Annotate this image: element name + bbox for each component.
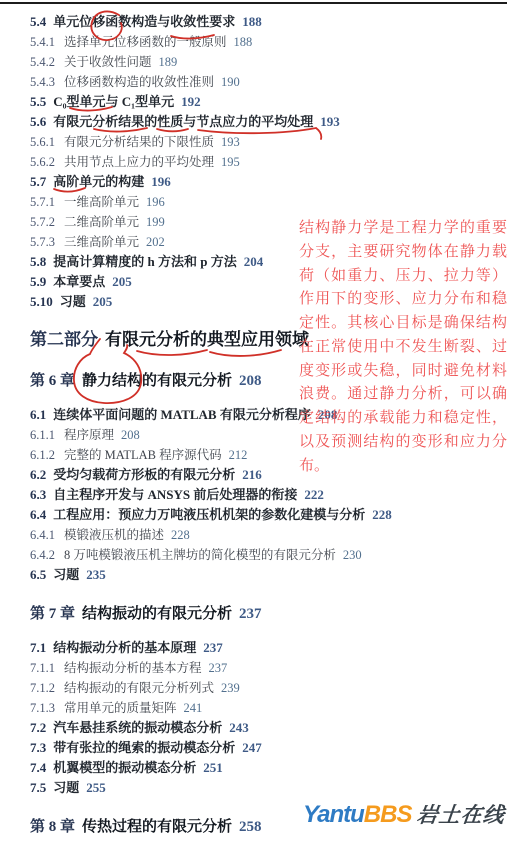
- toc-item-page: 188: [242, 14, 262, 29]
- toc-item-page: 251: [203, 760, 223, 775]
- toc-item-number: 5.4.1: [30, 35, 55, 49]
- toc-item-page: 243: [229, 720, 249, 735]
- toc-item-title: 完整的 MATLAB 程序源代码: [64, 448, 222, 462]
- toc-item-number: 5.7.2: [30, 215, 55, 229]
- toc-item-number: 5.6.2: [30, 155, 55, 169]
- toc-item: 6.3自主程序开发与 ANSYS 前后处理器的衔接222: [30, 485, 390, 505]
- toc-item: 5.7高阶单元的构建196: [30, 172, 390, 192]
- toc-item-number: 7.5: [30, 780, 46, 795]
- toc-item-page: 189: [159, 55, 178, 69]
- toc-item-page: 237: [209, 661, 228, 675]
- toc-item-number: 第 7 章: [30, 606, 75, 622]
- toc-item-title: 习题: [60, 294, 86, 309]
- toc-item-number: 7.3: [30, 740, 46, 755]
- toc-item: 5.4单元位移函数构造与收敛性要求188: [30, 12, 390, 32]
- toc-item-title: 高阶单元的构建: [53, 174, 144, 189]
- toc-item-title: 机翼模型的振动模态分析: [53, 760, 196, 775]
- toc-item-number: 7.1.1: [30, 661, 55, 675]
- toc-item-page: 239: [221, 681, 240, 695]
- toc-item: 5.4.2关于收敛性问题189: [30, 52, 390, 72]
- toc-item-page: 193: [320, 114, 340, 129]
- toc-item-page: 228: [171, 528, 190, 542]
- page-top-rule: [0, 2, 507, 4]
- toc-item-page: 212: [229, 448, 248, 462]
- toc-item-page: 247: [242, 740, 262, 755]
- toc-item-number: 第二部分: [30, 330, 98, 349]
- toc-item: 6.4工程应用：预应力万吨液压机机架的参数化建模与分析228: [30, 505, 390, 525]
- toc-item: 6.4.1模锻液压机的描述228: [30, 525, 390, 545]
- toc-item-page: 193: [221, 135, 240, 149]
- toc-item-title: C₀型单元与 C₁型单元: [53, 94, 174, 109]
- toc-item-number: 6.1.1: [30, 428, 55, 442]
- toc-item-page: 190: [221, 75, 240, 89]
- toc-item-title: 提高计算精度的 h 方法和 p 方法: [53, 254, 236, 269]
- toc-item-number: 5.9: [30, 274, 46, 289]
- toc-item-page: 208: [239, 373, 262, 389]
- toc-item-title: 三维高阶单元: [64, 235, 139, 249]
- toc-item: 7.2汽车悬挂系统的振动模态分析243: [30, 718, 390, 738]
- toc-item-number: 第 8 章: [30, 819, 75, 835]
- toc-item-number: 6.4.1: [30, 528, 55, 542]
- toc-item-page: 255: [86, 780, 106, 795]
- toc-item-title: 静力结构的有限元分析: [82, 373, 232, 389]
- toc-item-number: 5.6.1: [30, 135, 55, 149]
- toc-item-page: 205: [112, 274, 132, 289]
- toc-item: 6.5习题235: [30, 565, 390, 585]
- toc-item-title: 有限元分析的典型应用领域: [105, 330, 309, 349]
- toc-item-page: 196: [151, 174, 171, 189]
- toc-item-title: 有限元分析结果的性质与节点应力的平均处理: [53, 114, 313, 129]
- toc-item-number: 5.4.3: [30, 75, 55, 89]
- toc-item-number: 第 6 章: [30, 373, 75, 389]
- toc-item: 5.5C₀型单元与 C₁型单元192: [30, 92, 390, 112]
- toc-item-page: 237: [203, 640, 223, 655]
- toc-item-page: 235: [86, 567, 106, 582]
- toc-item-title: 带有张拉的绳索的振动模态分析: [53, 740, 235, 755]
- toc-item-number: 6.4.2: [30, 548, 55, 562]
- toc-item: 7.3带有张拉的绳索的振动模态分析247: [30, 738, 390, 758]
- toc-item-title: 习题: [53, 780, 79, 795]
- toc-item-title: 单元位移函数构造与收敛性要求: [53, 14, 235, 29]
- toc-item-number: 5.10: [30, 294, 53, 309]
- toc-item: 5.4.3位移函数构造的收敛性准则190: [30, 72, 390, 92]
- toc-item: 5.6有限元分析结果的性质与节点应力的平均处理193: [30, 112, 390, 132]
- toc-item-page: 208: [121, 428, 140, 442]
- toc-item-number: 5.8: [30, 254, 46, 269]
- toc-item-number: 7.1: [30, 640, 46, 655]
- toc-item-number: 6.1: [30, 407, 46, 422]
- toc-item-page: 230: [343, 548, 362, 562]
- toc-item-title: 结构振动分析的基本方程: [64, 661, 202, 675]
- toc-item-page: 237: [239, 606, 262, 622]
- toc-item: 7.4机翼模型的振动模态分析251: [30, 758, 390, 778]
- toc-item-number: 5.7.3: [30, 235, 55, 249]
- toc-item-title: 习题: [53, 567, 79, 582]
- toc-item-page: 216: [242, 467, 262, 482]
- toc-item-title: 自主程序开发与 ANSYS 前后处理器的衔接: [53, 487, 297, 502]
- toc-item-title: 本章要点: [53, 274, 105, 289]
- toc-item-number: 6.3: [30, 487, 46, 502]
- toc-item-page: 204: [244, 254, 264, 269]
- toc-item-number: 6.4: [30, 507, 46, 522]
- toc-item-number: 7.1.3: [30, 701, 55, 715]
- toc-item-page: 199: [146, 215, 165, 229]
- toc-item-page: 258: [239, 819, 262, 835]
- toc-item-number: 5.5: [30, 94, 46, 109]
- toc-item-title: 程序原理: [64, 428, 114, 442]
- toc-item-title: 受均匀载荷方形板的有限元分析: [53, 467, 235, 482]
- toc-item-number: 7.2: [30, 720, 46, 735]
- toc-item-number: 7.4: [30, 760, 46, 775]
- toc-item: 5.4.1选择单元位移函数的一般原则188: [30, 32, 390, 52]
- toc-item-title: 常用单元的质量矩阵: [64, 701, 177, 715]
- toc-item-number: 5.6: [30, 114, 46, 129]
- toc-item: 第 7 章结构振动的有限元分析237: [30, 603, 390, 625]
- toc-item: 7.1结构振动分析的基本原理237: [30, 638, 390, 658]
- toc-item-page: 205: [93, 294, 113, 309]
- toc-item-title: 选择单元位移函数的一般原则: [64, 35, 227, 49]
- toc-item-title: 二维高阶单元: [64, 215, 139, 229]
- toc-item-title: 结构振动的有限元分析: [82, 606, 232, 622]
- toc-item-title: 连续体平面问题的 MATLAB 有限元分析程序: [53, 407, 311, 422]
- toc-item-number: 6.1.2: [30, 448, 55, 462]
- toc-item-title: 传热过程的有限元分析: [82, 819, 232, 835]
- toc-item-number: 7.1.2: [30, 681, 55, 695]
- toc-item-page: 196: [146, 195, 165, 209]
- toc-item-title: 结构振动的有限元分析列式: [64, 681, 214, 695]
- toc-item: 5.7.1一维高阶单元196: [30, 192, 390, 212]
- toc-item: 7.1.3常用单元的质量矩阵241: [30, 698, 390, 718]
- yantubbs-logo: YantuBBS岩土在线: [303, 799, 505, 829]
- toc-item-title: 模锻液压机的描述: [64, 528, 164, 542]
- toc-item: 6.4.28 万吨模锻液压机主牌坊的简化模型的有限元分析230: [30, 545, 390, 565]
- toc-item-title: 8 万吨模锻液压机主牌坊的简化模型的有限元分析: [64, 548, 336, 562]
- toc-item-number: 6.2: [30, 467, 46, 482]
- toc-item-title: 结构振动分析的基本原理: [53, 640, 196, 655]
- toc-item-page: 195: [221, 155, 240, 169]
- toc-item-number: 5.4: [30, 14, 46, 29]
- toc-item: 7.1.2结构振动的有限元分析列式239: [30, 678, 390, 698]
- toc-item-title: 有限元分析结果的下限性质: [64, 135, 214, 149]
- toc-item-title: 位移函数构造的收敛性准则: [64, 75, 214, 89]
- toc-item: 5.6.2共用节点上应力的平均处理195: [30, 152, 390, 172]
- toc-item-page: 228: [372, 507, 392, 522]
- toc-item-title: 共用节点上应力的平均处理: [64, 155, 214, 169]
- toc-item-number: 5.4.2: [30, 55, 55, 69]
- logo-text-yantu: Yantu: [303, 801, 364, 828]
- toc-item-title: 汽车悬挂系统的振动模态分析: [53, 720, 222, 735]
- margin-note: 结构静力学是工程力学的重要分支，主要研究物体在静力载荷（如重力、压力、拉力等）作…: [299, 216, 507, 477]
- toc-item-title: 关于收敛性问题: [64, 55, 152, 69]
- toc-item: 7.5习题255: [30, 778, 390, 798]
- toc-item: 7.1.1结构振动分析的基本方程237: [30, 658, 390, 678]
- logo-text-chinese: 岩土在线: [416, 799, 507, 829]
- toc-item-title: 一维高阶单元: [64, 195, 139, 209]
- toc-item-number: 5.7.1: [30, 195, 55, 209]
- toc-item-page: 202: [146, 235, 165, 249]
- toc-item-page: 241: [184, 701, 203, 715]
- toc-item-number: 6.5: [30, 567, 46, 582]
- toc-item-page: 222: [304, 487, 324, 502]
- toc-item-page: 188: [234, 35, 253, 49]
- toc-item: 5.6.1有限元分析结果的下限性质193: [30, 132, 390, 152]
- toc-item-page: 192: [181, 94, 201, 109]
- toc-item-title: 工程应用：预应力万吨液压机机架的参数化建模与分析: [53, 507, 365, 522]
- logo-text-bbs: BBS: [364, 801, 412, 828]
- toc-item-number: 5.7: [30, 174, 46, 189]
